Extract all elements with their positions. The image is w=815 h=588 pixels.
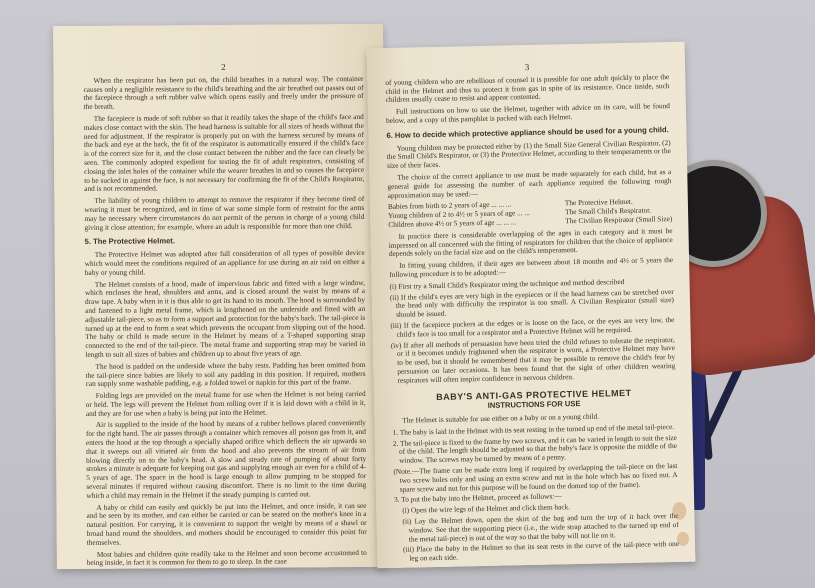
- paragraph: The Helmet consists of a hood, made of i…: [85, 279, 366, 360]
- instruction-item: (Note.—The frame can be made extra long …: [399, 462, 677, 494]
- paragraph: Most babies and children quite readily t…: [87, 549, 367, 569]
- page-number: 2: [83, 56, 363, 73]
- paragraph: Full instructions on how to use the Helm…: [386, 102, 670, 126]
- step-item: (iii) Place the baby in the Helmet so th…: [409, 540, 679, 563]
- paragraph: In practice there is considerable overla…: [388, 227, 672, 259]
- section-heading: 5. The Protective Helmet.: [85, 236, 365, 247]
- paragraph: When the respirator has been put on, the…: [83, 75, 363, 112]
- paragraph: In fitting young children, if their ages…: [389, 256, 673, 280]
- paragraph: Young children may be protected either b…: [387, 139, 671, 171]
- procedure-item: (iv) If after all methods of persuasion …: [397, 336, 676, 386]
- age-appliance-table: Babies from birth to 2 years of age ... …: [388, 197, 672, 229]
- appliance-cell: The Civilian Respirator (Small Size): [559, 215, 672, 226]
- paragraph: The hood is padded on the underside wher…: [85, 361, 365, 389]
- paragraph: Air is supplied to the inside of the hoo…: [86, 419, 367, 500]
- paragraph: of young children who are rebellious of …: [385, 73, 669, 105]
- paragraph: The liability of young children to attem…: [84, 195, 364, 232]
- paragraph: The facepiece is made of soft rubber so …: [84, 113, 365, 194]
- pamphlet-page-2: 2 When the respirator has been put on, t…: [53, 24, 387, 569]
- paragraph: Folding legs are provided on the metal f…: [86, 390, 366, 418]
- paragraph: The Protective Helmet was adopted after …: [85, 249, 365, 277]
- paragraph: A baby or child can easily and quickly b…: [86, 502, 366, 548]
- paragraph: The choice of the correct appliance to u…: [387, 168, 671, 200]
- pamphlet-page-3: 3 of young children who are rebellious o…: [367, 42, 696, 569]
- age-cell: Children above 4½ or 5 years of age ... …: [388, 217, 559, 229]
